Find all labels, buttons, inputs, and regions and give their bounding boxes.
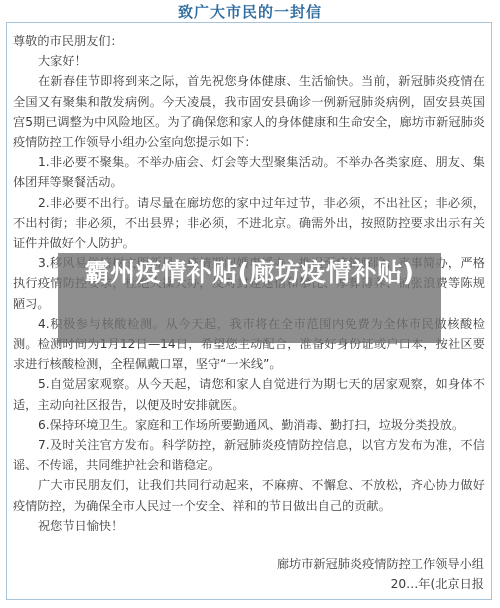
notice-item-7: 7.及时关注官方发布。科学防控，新冠肺炎疫情防控信息，以官方发布为准，不信谣、不… xyxy=(13,435,485,475)
greeting: 大家好！ xyxy=(13,51,485,71)
notice-item-5: 5.自觉居家观察。从今天起，请您和家人自觉进行为期七天的居家观察，如身体不适，主… xyxy=(13,374,485,414)
salutation: 尊敬的市民朋友们： xyxy=(13,31,485,51)
signature-date-watermark: 20…年(北京日报 xyxy=(277,574,484,594)
notice-item-2: 2.非必要不出行。请尽量在廊坊您的家中过年过节，非必须，不出社区；非必须，不出村… xyxy=(13,193,485,254)
document-title: 致广大市民的一封信 xyxy=(0,3,500,21)
signature-block: 廊坊市新冠肺炎疫情防控工作领导小组 20…年(北京日报 xyxy=(277,554,484,594)
notice-item-6: 6.保持环境卫生。家庭和工作场所要勤通风、勤消毒、勤打扫，垃圾分类投放。 xyxy=(13,415,485,435)
overlay-caption: 霸州疫情补贴(廊坊疫情补贴) xyxy=(70,257,429,289)
holiday-wish: 祝您节日愉快！ xyxy=(13,516,485,536)
closing-paragraph: 广大市民朋友们，让我们共同行动起来，不麻痹、不懈怠、不放松，齐心协力做好疫情防控… xyxy=(13,475,485,515)
caption-overlay: 霸州疫情补贴(廊坊疫情补贴) xyxy=(58,253,441,343)
signature-org: 廊坊市新冠肺炎疫情防控工作领导小组 xyxy=(277,554,484,574)
notice-item-1: 1.非必要不聚集。不举办庙会、灯会等大型聚集活动。不举办各类家庭、朋友、集体团拜… xyxy=(13,152,485,192)
intro-paragraph: 在新春佳节即将到来之际，首先祝您身体健康、生活愉快。当前，新冠肺炎疫情在全国又有… xyxy=(13,71,485,152)
